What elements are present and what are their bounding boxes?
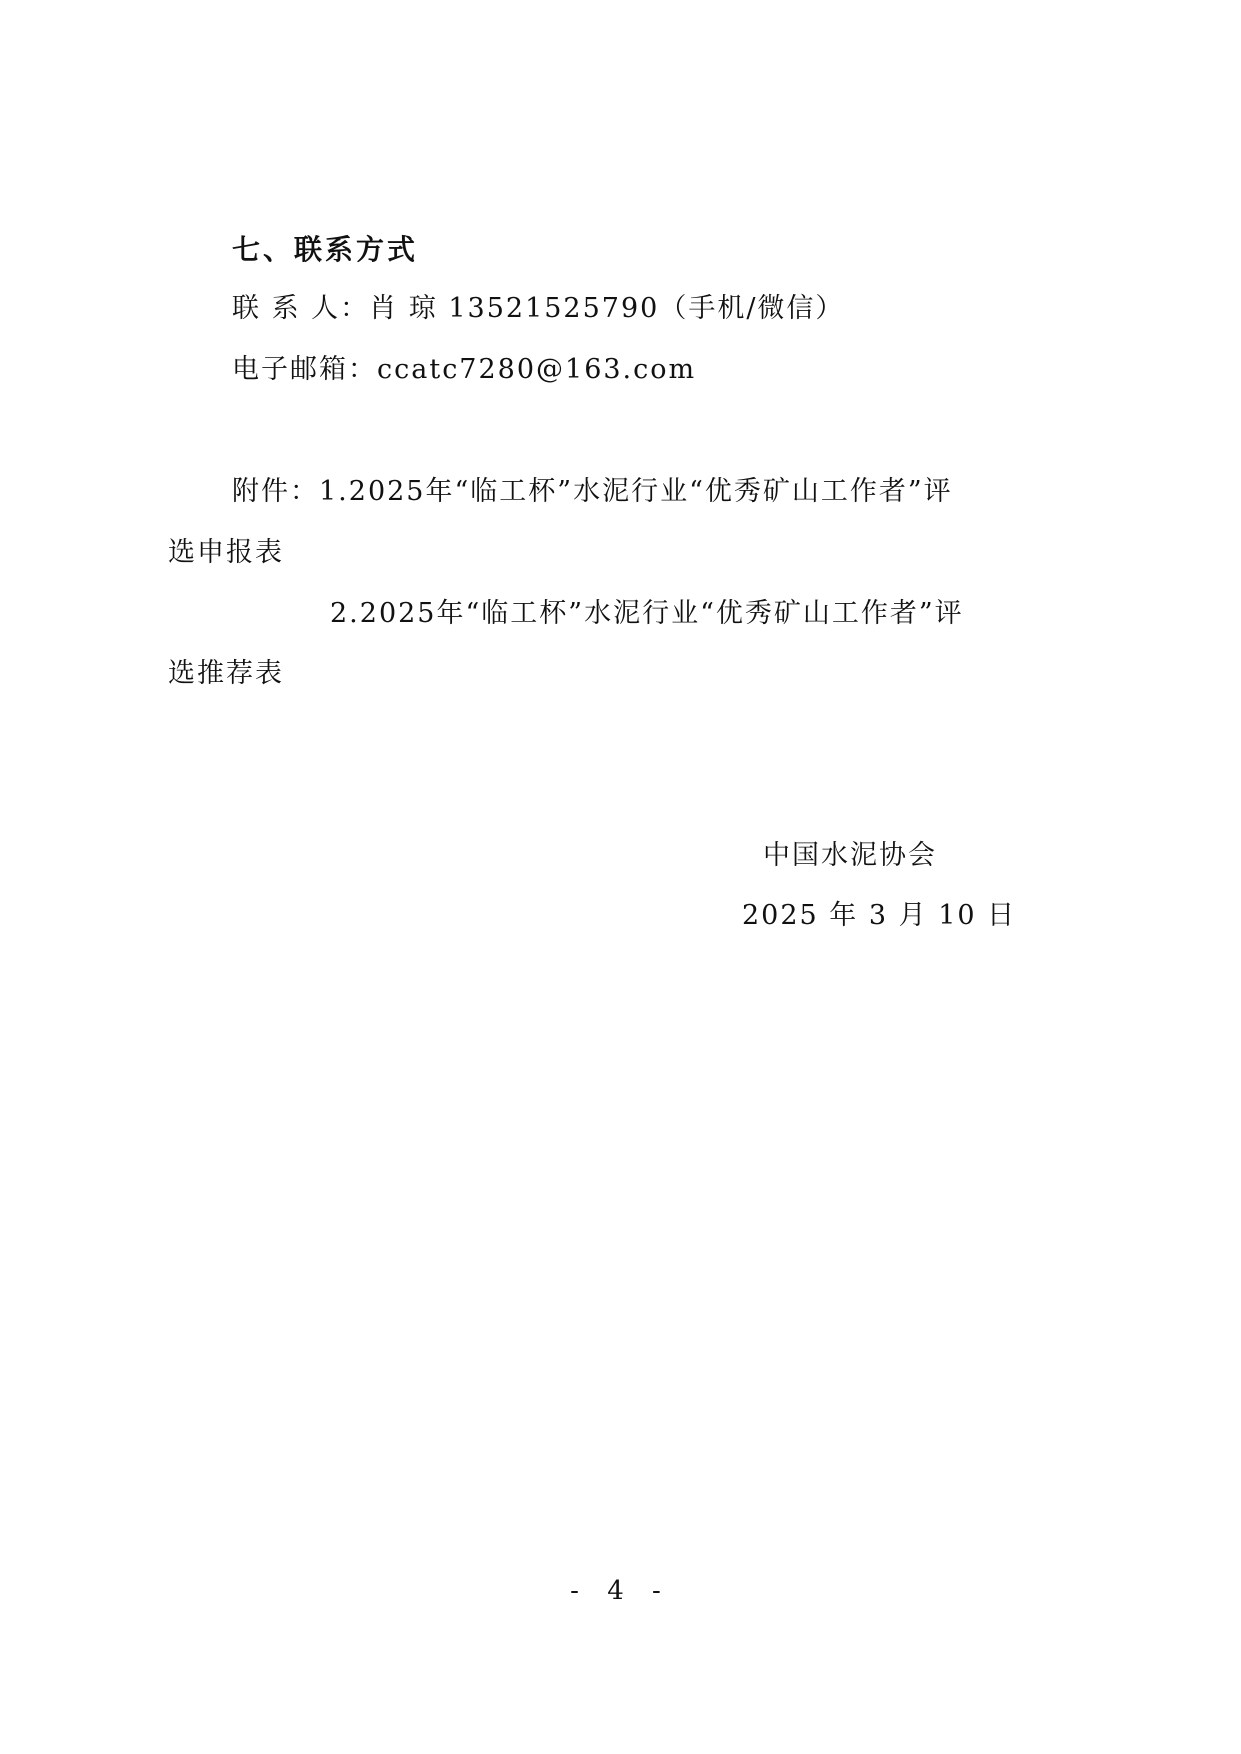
attachment-2-line1: 2.2025年“临工杯”水泥行业“优秀矿山工作者”评: [330, 596, 964, 632]
attachment-label: 附件：: [232, 476, 319, 507]
email-line: 电子邮箱：ccatc7280@163.com: [232, 352, 696, 388]
contact-line: 联 系 人：肖 琼 13521525790（手机/微信）: [232, 291, 844, 327]
email-value: ccatc7280@163.com: [377, 354, 696, 385]
contact-phone: 13521525790: [448, 293, 659, 324]
attachment-1-line2: 选申报表: [168, 535, 284, 571]
attachment-1-line1: 附件：1.2025年“临工杯”水泥行业“优秀矿山工作者”评: [232, 474, 953, 510]
contact-phone-note: （手机/微信）: [659, 293, 844, 324]
section-heading: 七、联系方式: [232, 232, 418, 268]
signature-organization: 中国水泥协会: [763, 838, 937, 874]
contact-name: 肖 琼: [369, 293, 438, 324]
page-number: - 4 -: [0, 1573, 1241, 1609]
signature-date: 2025 年 3 月 10 日: [742, 898, 1016, 934]
attachment-2-line2: 选推荐表: [168, 656, 284, 692]
attachment-1-title: 1.2025年“临工杯”水泥行业“优秀矿山工作者”评: [319, 476, 953, 507]
contact-label: 联 系 人：: [232, 293, 369, 324]
email-label: 电子邮箱：: [232, 354, 377, 385]
document-page: 七、联系方式 联 系 人：肖 琼 13521525790（手机/微信） 电子邮箱…: [0, 0, 1241, 1754]
